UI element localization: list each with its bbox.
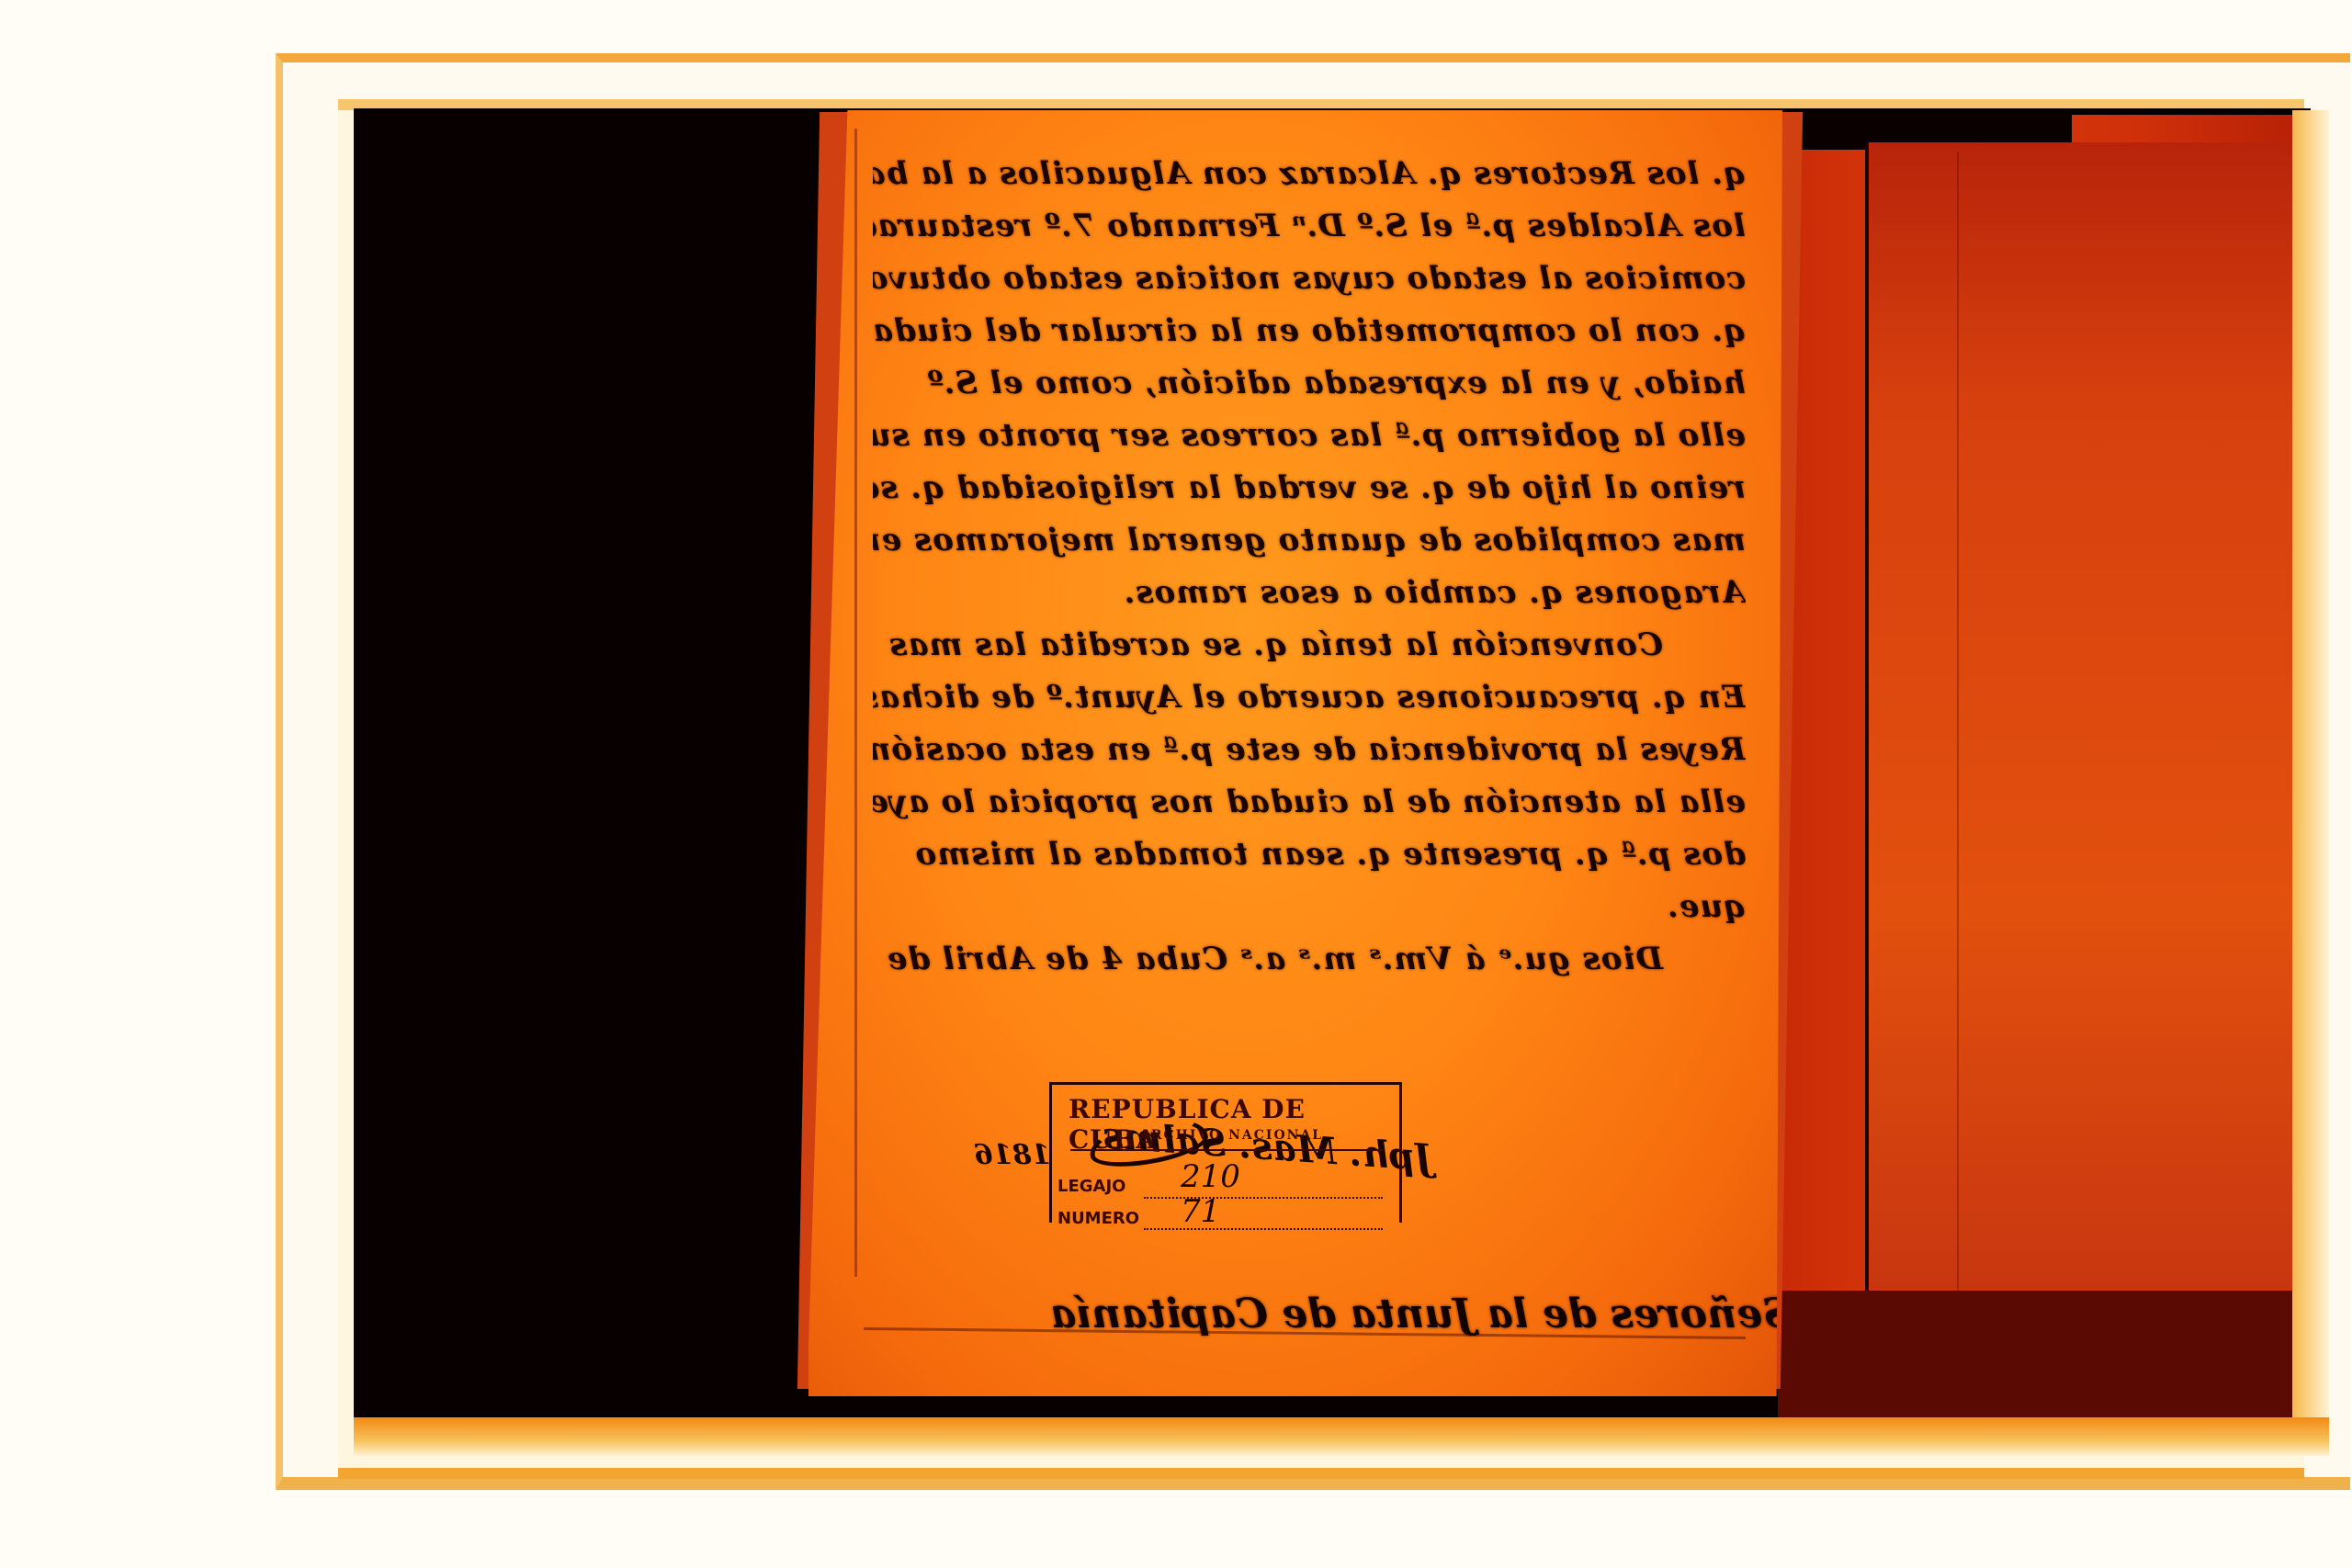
handwriting-line: q. con lo comprometido en la circular de… — [873, 304, 1746, 356]
handwriting-line: ella la atención de la ciudad nos propic… — [873, 775, 1746, 828]
right-edge-glow — [2292, 110, 2329, 1433]
handwriting-line: En q. precauciones acuerdo el Ayunt.º de… — [873, 671, 1746, 723]
archive-stamp: REPUBLICA DE CUBA ARCHIVO NACIONAL LEGAJ… — [1049, 1082, 1402, 1223]
handwriting-line: los Alcaldes p.ª el S.º D.ⁿ Fernando 7.º… — [873, 199, 1746, 252]
handwriting-line: ello la gobierno p.ª las correos ser pro… — [873, 409, 1746, 461]
handwriting-date-line: Dios gu.ᵉ á Vm.ˢ m.ˢ a.ˢ Cuba 4 de Abril… — [873, 932, 1746, 985]
folder-underside — [1778, 1291, 2292, 1419]
handwriting-line: Convención la tenía q. se acredita las m… — [873, 618, 1746, 671]
stamp-legajo-label: LEGAJO — [1057, 1177, 1125, 1196]
folder-cover — [1865, 142, 2296, 1424]
stamp-numero-label: NUMERO — [1057, 1209, 1139, 1228]
handwriting-line: reino al hijo de q. se verdad la religio… — [873, 461, 1746, 513]
right-folder-board — [1778, 115, 2292, 1419]
stamp-rule — [1070, 1149, 1383, 1151]
manuscript-year: 1816 — [974, 1139, 1051, 1171]
stamp-legajo-dotted-line — [1144, 1197, 1383, 1199]
page-fold-edge — [854, 129, 857, 1277]
stamp-numero-value: 71 — [1181, 1193, 1220, 1230]
handwriting-line: dos p.ª q. presente q. sean tomadas al m… — [873, 828, 1746, 880]
handwriting-line: Aragones q. cambio a esos ramos. — [873, 566, 1746, 618]
manuscript-closing-line: Señores de la Junta de Capitanía — [919, 1291, 1782, 1337]
handwriting-line: comicios al estado cuyas noticias estado… — [873, 252, 1746, 304]
handwriting-line: mas complidos de quanto general mejoramo… — [873, 513, 1746, 566]
stamp-numero-dotted-line — [1144, 1228, 1383, 1230]
handwritten-text-block: q. los Rectores q. Alcaraz con Alguacilo… — [873, 147, 1746, 985]
handwriting-line: haido, y en la expresada adición, como e… — [873, 356, 1746, 409]
stamp-legajo-value: 210 — [1181, 1158, 1240, 1195]
bottom-edge-glow — [354, 1417, 2329, 1456]
handwriting-line: q. los Rectores q. Alcaraz con Alguacilo… — [873, 147, 1746, 199]
handwriting-line: que. — [873, 880, 1746, 932]
handwriting-line: Reyes la providencia de este p.ª en esta… — [873, 723, 1746, 775]
folder-crease — [1957, 152, 1959, 1364]
